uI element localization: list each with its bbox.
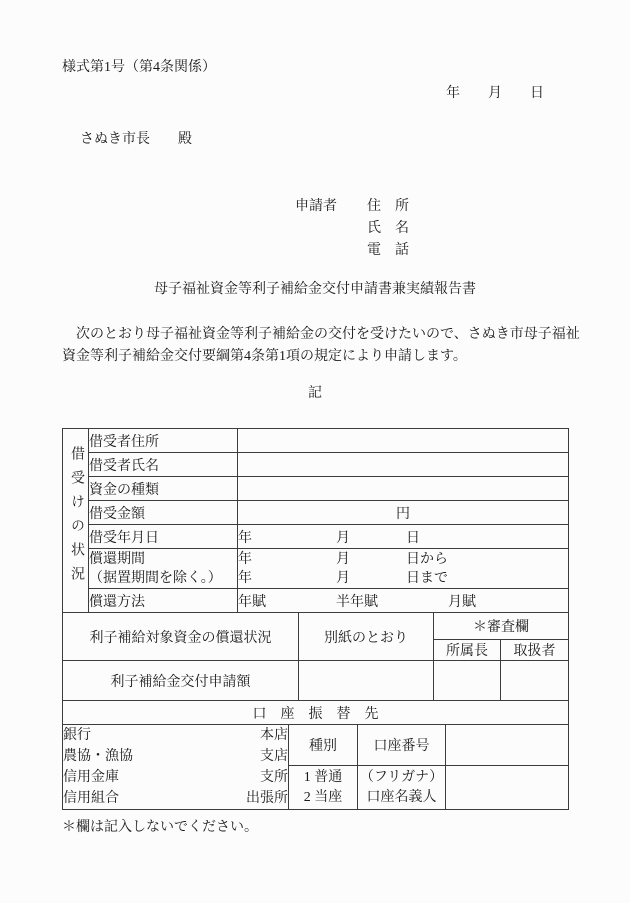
footer-note: ＊欄は記入しないでください。 <box>62 818 630 838</box>
date-line: 年 月 日 <box>0 84 630 104</box>
review-cell-clerk <box>501 661 569 701</box>
branch-option-shisho: 支所 <box>260 767 288 788</box>
field-loan-amount-yen[interactable]: 円 <box>238 501 569 525</box>
review-cell-chief <box>434 661 501 701</box>
form-page: 様式第1号（第4条関係） 年 月 日 さぬき市長 殿 申請者 住 所 氏 名 電… <box>0 0 630 903</box>
applicant-label: 申請者 <box>295 196 337 262</box>
branch-option-honten: 本店 <box>260 725 288 746</box>
applicant-fields: 住 所 氏 名 電 話 <box>367 196 409 262</box>
repayment-period-from: 年 月 日から <box>238 550 568 569</box>
repayment-status-label: 利子補給対象資金の償還状況 <box>63 613 299 661</box>
bank-option-shinkin: 信用金庫 <box>63 767 119 788</box>
bank-name-cell[interactable]: 銀行 本店 農協・漁協 支店 信用金庫 支所 信用組合 出張所 <box>63 725 289 810</box>
account-type-options[interactable]: 1 普通 2 当座 <box>289 766 358 810</box>
field-repayment-period[interactable]: 年 月 日から 年 月 日まで <box>238 549 569 589</box>
review-col-chief: 所属長 <box>434 640 501 661</box>
row-label-borrower-address: 借受者住所 <box>89 429 238 453</box>
body-paragraph: 次のとおり母子福祉資金等利子補給金の交付を受けたいので、さぬき市母子福祉 資金等… <box>62 324 568 368</box>
field-account-holder[interactable] <box>446 766 569 810</box>
bank-row-nokyo: 農協・漁協 支店 <box>63 746 288 767</box>
branch-option-shucchojo: 出張所 <box>246 788 288 809</box>
furigana-label: （フリガナ） <box>358 768 445 788</box>
account-section-header: 口 座 振 替 先 <box>63 701 569 725</box>
row-label-repayment-method: 償還方法 <box>89 589 238 613</box>
review-box-title: ＊審査欄 <box>434 613 569 640</box>
side-vertical-label: 借受けの状況 <box>63 446 89 590</box>
applicant-name-label: 氏 名 <box>367 218 409 240</box>
body-line-2: 資金等利子補給金交付要綱第4条第1項の規定により申請します。 <box>62 346 568 368</box>
bank-row-bank: 銀行 本店 <box>63 725 288 746</box>
field-borrower-name[interactable] <box>238 453 569 477</box>
bank-option-kumiai: 信用組合 <box>63 788 119 809</box>
field-repayment-method[interactable]: 年賦 半年賦 月賦 <box>238 589 569 613</box>
applicant-block: 申請者 住 所 氏 名 電 話 <box>295 196 630 262</box>
applicant-phone-label: 電 話 <box>367 240 409 262</box>
field-borrower-address[interactable] <box>238 429 569 453</box>
body-line-1: 次のとおり母子福祉資金等利子補給金の交付を受けたいので、さぬき市母子福祉 <box>62 324 568 346</box>
account-type-toza: 2 当座 <box>289 788 357 808</box>
row-label-loan-amount: 借受金額 <box>89 501 238 525</box>
row-label-repayment-period: 償還期間 （据置期間を除く。） <box>89 549 238 589</box>
field-loan-date[interactable]: 年 月 日 <box>238 525 569 549</box>
field-account-number[interactable] <box>446 725 569 766</box>
bank-option-bank: 銀行 <box>63 725 91 746</box>
repayment-status-value: 別紙のとおり <box>299 613 434 661</box>
account-holder-labels: （フリガナ） 口座名義人 <box>358 766 446 810</box>
subsidy-amount-label: 利子補給金交付申請額 <box>63 661 299 701</box>
account-type-label: 種別 <box>289 725 358 766</box>
bank-row-kumiai: 信用組合 出張所 <box>63 788 288 809</box>
account-type-futsu: 1 普通 <box>289 768 357 788</box>
holder-label: 口座名義人 <box>358 788 445 808</box>
field-subsidy-amount[interactable] <box>299 661 434 701</box>
row-label-loan-date: 借受年月日 <box>89 525 238 549</box>
repayment-period-to: 年 月 日まで <box>238 569 568 588</box>
account-number-label: 口座番号 <box>358 725 446 766</box>
document-title: 母子福祉資金等利子補給金交付申請書兼実績報告書 <box>0 280 630 300</box>
loan-status-table: 借受けの状況 借受者住所 借受者氏名 資金の種類 借受金額 円 借受年月日 年 … <box>62 428 569 613</box>
loan-table-side-header: 借受けの状況 <box>63 429 89 613</box>
repayment-period-sublabel: （据置期間を除く。） <box>89 569 237 588</box>
branch-option-shiten: 支店 <box>260 746 288 767</box>
subsidy-review-table: 利子補給対象資金の償還状況 別紙のとおり ＊審査欄 所属長 取扱者 利子補給金交… <box>62 612 569 701</box>
applicant-address-label: 住 所 <box>367 196 409 218</box>
row-label-borrower-name: 借受者氏名 <box>89 453 238 477</box>
addressee-line: さぬき市長 殿 <box>80 130 630 150</box>
bank-option-nokyo: 農協・漁協 <box>63 746 133 767</box>
review-col-clerk: 取扱者 <box>501 640 569 661</box>
section-mark: 記 <box>0 384 630 404</box>
bank-row-shinkin: 信用金庫 支所 <box>63 767 288 788</box>
account-transfer-table: 口 座 振 替 先 銀行 本店 農協・漁協 支店 信用金庫 支所 信用組合 出張 <box>62 700 569 810</box>
repayment-period-label: 償還期間 <box>89 550 237 569</box>
form-number: 様式第1号（第4条関係） <box>62 58 630 78</box>
field-fund-type[interactable] <box>238 477 569 501</box>
row-label-fund-type: 資金の種類 <box>89 477 238 501</box>
